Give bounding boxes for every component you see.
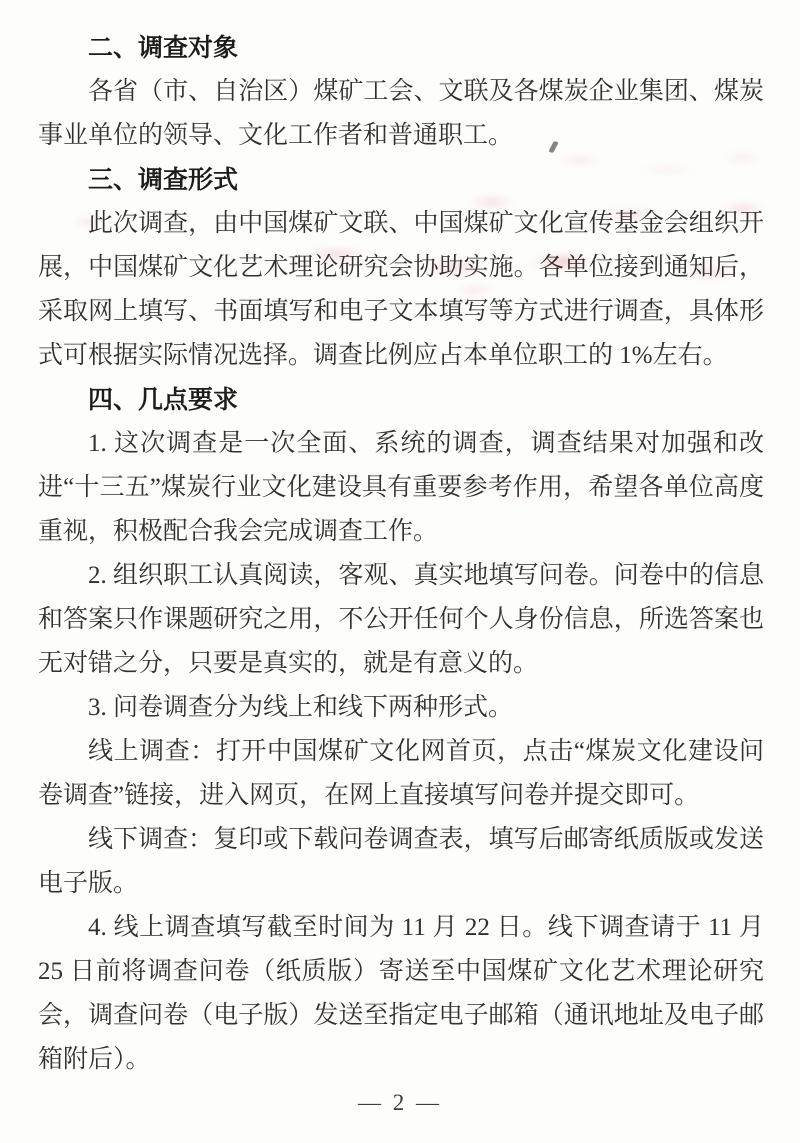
paragraph: 各省（市、自治区）煤矿工会、文联及各煤炭企业集团、煤炭事业单位的领导、文化工作者…: [38, 70, 764, 158]
section-heading: 四、几点要求: [38, 378, 764, 422]
document-body: 二、调查对象各省（市、自治区）煤矿工会、文联及各煤炭企业集团、煤炭事业单位的领导…: [38, 26, 764, 1082]
paragraph: 3. 问卷调查分为线上和线下两种形式。: [38, 686, 764, 730]
paragraph: 1. 这次调查是一次全面、系统的调查，调查结果对加强和改进“十三五”煤炭行业文化…: [38, 422, 764, 554]
page-number: — 2 —: [0, 1086, 800, 1120]
section-heading: 二、调查对象: [38, 26, 764, 70]
section-heading: 三、调查形式: [38, 158, 764, 202]
paragraph: 2. 组织职工认真阅读，客观、真实地填写问卷。问卷中的信息和答案只作课题研究之用…: [38, 554, 764, 686]
scanned-document-page: 二、调查对象各省（市、自治区）煤矿工会、文联及各煤炭企业集团、煤炭事业单位的领导…: [0, 0, 800, 1143]
paragraph: 4. 线上调查填写截至时间为 11 月 22 日。线下调查请于 11 月 25 …: [38, 906, 764, 1082]
paragraph: 线下调查：复印或下载问卷调查表，填写后邮寄纸质版或发送电子版。: [38, 818, 764, 906]
paragraph: 线上调查：打开中国煤矿文化网首页，点击“煤炭文化建设问卷调查”链接，进入网页，在…: [38, 730, 764, 818]
paragraph: 此次调查，由中国煤矿文联、中国煤矿文化宣传基金会组织开展，中国煤矿文化艺术理论研…: [38, 202, 764, 378]
